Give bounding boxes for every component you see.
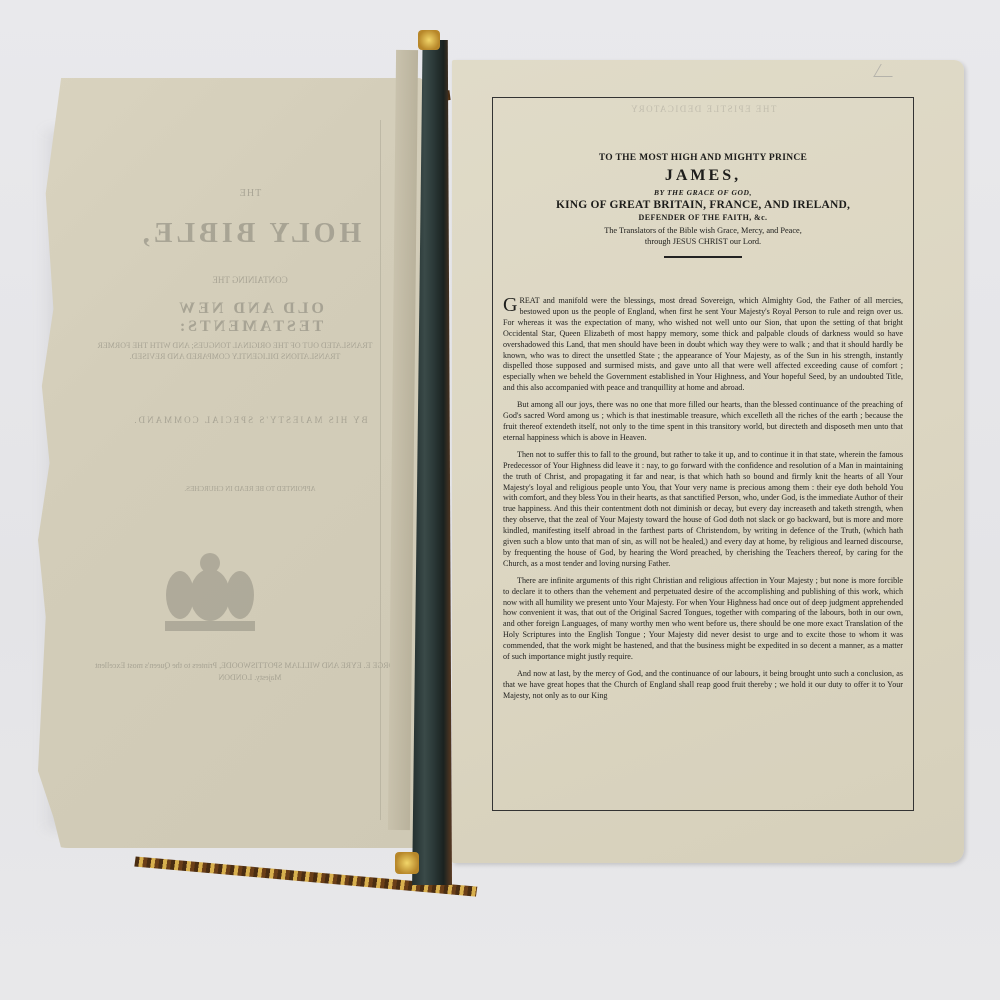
bleed-through-translation-note: TRANSLATED OUT OF THE ORIGINAL TONGUES; … — [70, 340, 400, 362]
drop-cap: G — [503, 297, 517, 314]
paragraph-2: But among all our joys, there was no one… — [503, 400, 903, 444]
dedication-defender: DEFENDER OF THE FAITH, &c. — [493, 213, 913, 222]
right-page: THE EPISTLE DEDICATORY TO THE MOST HIGH … — [452, 60, 964, 863]
folded-corner — [873, 64, 900, 77]
gilt-corner-bottom — [395, 852, 419, 874]
dedication-greeting-1: The Translators of the Bible wish Grace,… — [493, 225, 913, 236]
paragraph-1: GREAT and manifold were the blessings, m… — [503, 296, 903, 394]
dedication-heading: TO THE MOST HIGH AND MIGHTY PRINCE JAMES… — [493, 153, 913, 258]
gilt-corner-top — [418, 30, 440, 50]
paragraph-5: And now at last, by the mercy of God, an… — [503, 669, 903, 702]
heading-rule — [664, 256, 742, 258]
bleed-through-small-line: APPOINTED TO BE READ IN CHURCHES. — [100, 485, 400, 493]
bleed-through-authority: BY HIS MAJESTY'S SPECIAL COMMAND. — [90, 415, 410, 425]
royal-crest-icon — [155, 545, 265, 635]
dedication-greeting-2: through JESUS CHRIST our Lord. — [493, 236, 913, 247]
text-frame: THE EPISTLE DEDICATORY TO THE MOST HIGH … — [492, 97, 914, 811]
dedication-grace: BY THE GRACE OF GOD, — [493, 188, 913, 197]
paragraph-4: There are infinite arguments of this rig… — [503, 576, 903, 663]
bleed-through-subtitle: OLD AND NEW TESTAMENTS: — [100, 300, 400, 336]
dedication-body: GREAT and manifold were the blessings, m… — [503, 296, 903, 708]
bleed-through-title: HOLY BIBLE, — [100, 218, 400, 250]
bleed-through-the: THE — [100, 188, 400, 199]
bleed-through-printer: GEORGE E. EYRE AND WILLIAM SPOTTISWOODE,… — [90, 660, 410, 684]
dedication-king: KING OF GREAT BRITAIN, FRANCE, AND IRELA… — [493, 199, 913, 211]
running-head: THE EPISTLE DEDICATORY — [493, 104, 913, 114]
paragraph-3: Then not to suffer this to fall to the g… — [503, 450, 903, 570]
bleed-through-containing: CONTAINING THE — [100, 275, 400, 285]
dedication-line1: TO THE MOST HIGH AND MIGHTY PRINCE — [493, 153, 913, 163]
dedication-name: JAMES, — [493, 167, 913, 185]
